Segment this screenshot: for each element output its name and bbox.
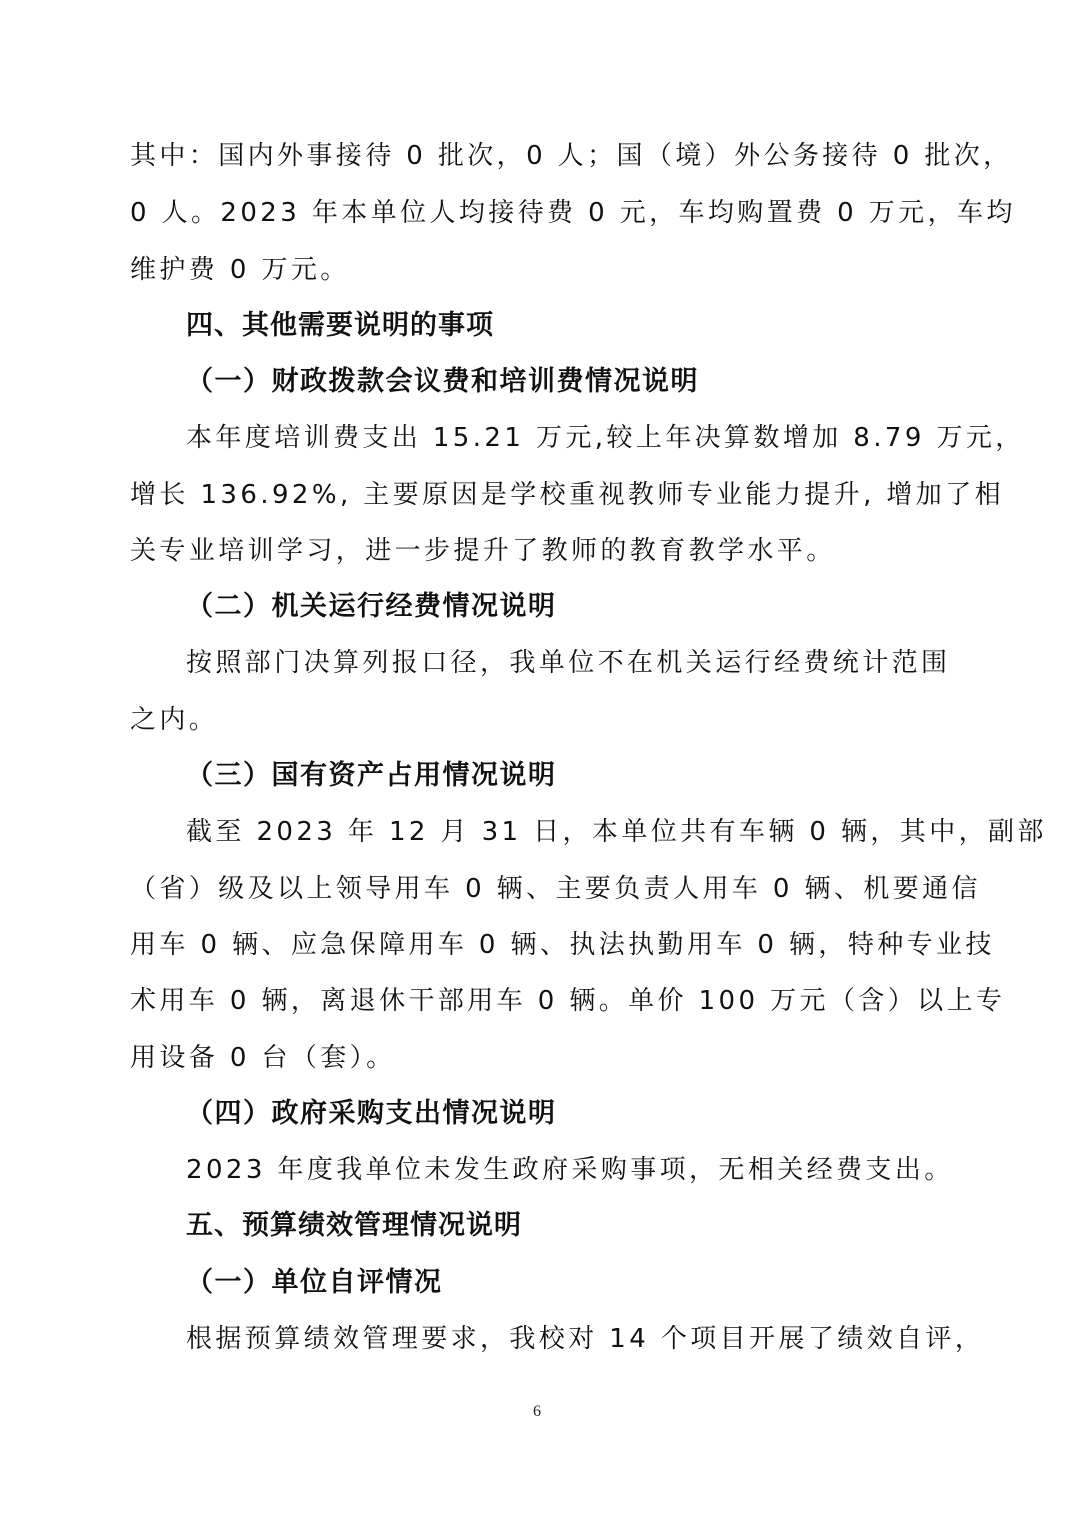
document-page: 其中：国内外事接待 0 批次，0 人；国（境）外公务接待 0 批次， 0 人。2… [0, 0, 1074, 1520]
section-heading: 四、其他需要说明的事项 [186, 308, 1006, 344]
paragraph-line: （省）级及以上领导用车 0 辆、主要负责人用车 0 辆、机要通信 [130, 871, 950, 907]
paragraph-line: 关专业培训学习，进一步提升了教师的教育教学水平。 [130, 533, 950, 569]
paragraph-line: 截至 2023 年 12 月 31 日，本单位共有车辆 0 辆，其中，副部 [186, 814, 1006, 850]
page-number: 6 [0, 1403, 1074, 1421]
paragraph-line: 用车 0 辆、应急保障用车 0 辆、执法执勤用车 0 辆，特种专业技 [130, 927, 950, 963]
paragraph-line: 根据预算绩效管理要求，我校对 14 个项目开展了绩效自评， [186, 1321, 1006, 1357]
subsection-heading: （三）国有资产占用情况说明 [186, 758, 1006, 794]
paragraph-line: 按照部门决算列报口径，我单位不在机关运行经费统计范围 [186, 645, 1006, 681]
subsection-heading: （一）单位自评情况 [186, 1265, 1006, 1301]
paragraph-line: 术用车 0 辆，离退休干部用车 0 辆。单价 100 万元（含）以上专 [130, 983, 950, 1019]
subsection-heading: （二）机关运行经费情况说明 [186, 589, 1006, 625]
paragraph-line: 0 人。2023 年本单位人均接待费 0 元，车均购置费 0 万元，车均 [130, 195, 950, 231]
paragraph-line: 其中：国内外事接待 0 批次，0 人；国（境）外公务接待 0 批次， [130, 138, 950, 174]
paragraph-line: 2023 年度我单位未发生政府采购事项，无相关经费支出。 [186, 1152, 1006, 1188]
paragraph-line: 增长 136.92%, 主要原因是学校重视教师专业能力提升, 增加了相 [130, 477, 950, 513]
paragraph-line: 用设备 0 台（套）。 [130, 1040, 950, 1076]
paragraph-line: 之内。 [130, 702, 950, 738]
subsection-heading: （一）财政拨款会议费和培训费情况说明 [186, 364, 1006, 400]
subsection-heading: （四）政府采购支出情况说明 [186, 1096, 1006, 1132]
paragraph-line: 维护费 0 万元。 [130, 252, 950, 288]
paragraph-line: 本年度培训费支出 15.21 万元,较上年决算数增加 8.79 万元， [186, 420, 1006, 456]
section-heading: 五、预算绩效管理情况说明 [186, 1208, 1006, 1244]
